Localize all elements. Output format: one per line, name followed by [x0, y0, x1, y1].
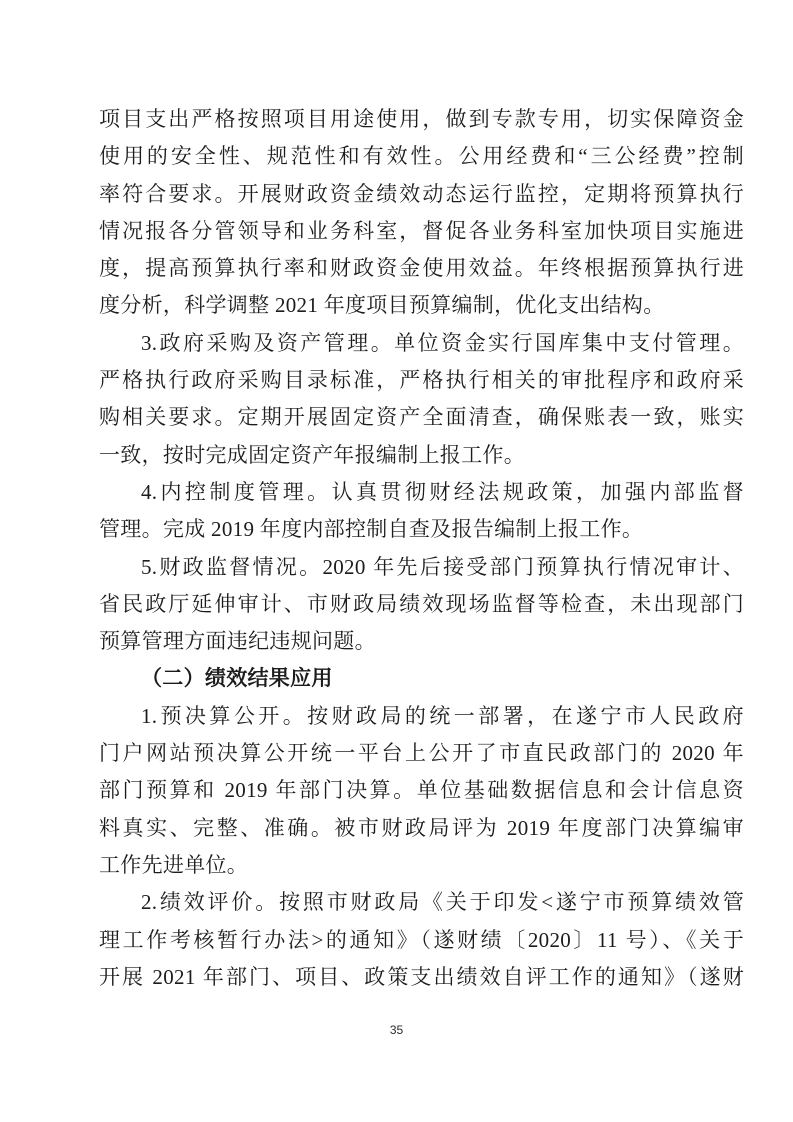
para-procurement-and-assets: 3.政府采购及资产管理。单位资金实行国库集中支付管理。严格执行政府采购目录标准，…	[99, 325, 744, 474]
text-line: 工作先进单位。	[99, 847, 744, 884]
text-line: 3.政府采购及资产管理。单位资金实行国库集中支付管理。	[99, 325, 744, 362]
para-internal-control: 4.内控制度管理。认真贯彻财经法规政策，加强内部监督管理。完成 2019 年度内…	[99, 474, 744, 549]
text-line: 开展 2021 年部门、项目、政策支出绩效自评工作的通知》（遂财	[99, 959, 744, 996]
text-line: 5.财政监督情况。2020 年先后接受部门预算执行情况审计、	[99, 549, 744, 586]
para-fiscal-supervision: 5.财政监督情况。2020 年先后接受部门预算执行情况审计、省民政厅延伸审计、市…	[99, 549, 744, 661]
paragraphs-container: 项目支出严格按照项目用途使用，做到专款专用，切实保障资金使用的安全性、规范性和有…	[99, 101, 744, 996]
text-line: 门户网站预决算公开统一平台上公开了市直民政部门的 2020 年	[99, 735, 744, 772]
para-budget-execution-continued: 项目支出严格按照项目用途使用，做到专款专用，切实保障资金使用的安全性、规范性和有…	[99, 101, 744, 325]
section-heading-line: （二）绩效结果应用	[99, 660, 744, 697]
text-line: 部门预算和 2019 年部门决算。单位基础数据信息和会计信息资	[99, 772, 744, 809]
text-line: 度分析，科学调整 2021 年度项目预算编制，优化支出结构。	[99, 287, 744, 324]
text-line: 项目支出严格按照项目用途使用，做到专款专用，切实保障资金	[99, 101, 744, 138]
document-page: 项目支出严格按照项目用途使用，做到专款专用，切实保障资金使用的安全性、规范性和有…	[0, 0, 793, 1122]
text-line: 管理。完成 2019 年度内部控制自查及报告编制上报工作。	[99, 511, 744, 548]
text-line: 4.内控制度管理。认真贯彻财经法规政策，加强内部监督	[99, 474, 744, 511]
text-line: 严格执行政府采购目录标准，严格执行相关的审批程序和政府采	[99, 362, 744, 399]
text-line: 预算管理方面违纪违规问题。	[99, 623, 744, 660]
text-line: 购相关要求。定期开展固定资产全面清查，确保账表一致，账实	[99, 399, 744, 436]
text-line: 料真实、完整、准确。被市财政局评为 2019 年度部门决算编审	[99, 810, 744, 847]
text-line: 1.预决算公开。按财政局的统一部署，在遂宁市人民政府	[99, 698, 744, 735]
text-line: 一致，按时完成固定资产年报编制上报工作。	[99, 437, 744, 474]
text-line: 理工作考核暂行办法>的通知》（遂财绩〔2020〕11 号）、《关于	[99, 922, 744, 959]
para-budget-disclosure: 1.预决算公开。按财政局的统一部署，在遂宁市人民政府门户网站预决算公开统一平台上…	[99, 698, 744, 884]
text-line: 省民政厅延伸审计、市财政局绩效现场监督等检查，未出现部门	[99, 586, 744, 623]
text-line: 2.绩效评价。按照市财政局《关于印发<遂宁市预算绩效管	[99, 884, 744, 921]
text-line: 情况报各分管领导和业务科室，督促各业务科室加快项目实施进	[99, 213, 744, 250]
page-body: 项目支出严格按照项目用途使用，做到专款专用，切实保障资金使用的安全性、规范性和有…	[99, 101, 744, 996]
text-line: 度，提高预算执行率和财政资金使用效益。年终根据预算执行进	[99, 250, 744, 287]
text-line: 率符合要求。开展财政资金绩效动态运行监控，定期将预算执行	[99, 176, 744, 213]
heading-performance-results-application: （二）绩效结果应用	[99, 660, 744, 697]
text-line: 使用的安全性、规范性和有效性。公用经费和“三公经费”控制	[99, 138, 744, 175]
para-performance-evaluation: 2.绩效评价。按照市财政局《关于印发<遂宁市预算绩效管理工作考核暂行办法>的通知…	[99, 884, 744, 996]
page-number: 35	[0, 1023, 793, 1038]
